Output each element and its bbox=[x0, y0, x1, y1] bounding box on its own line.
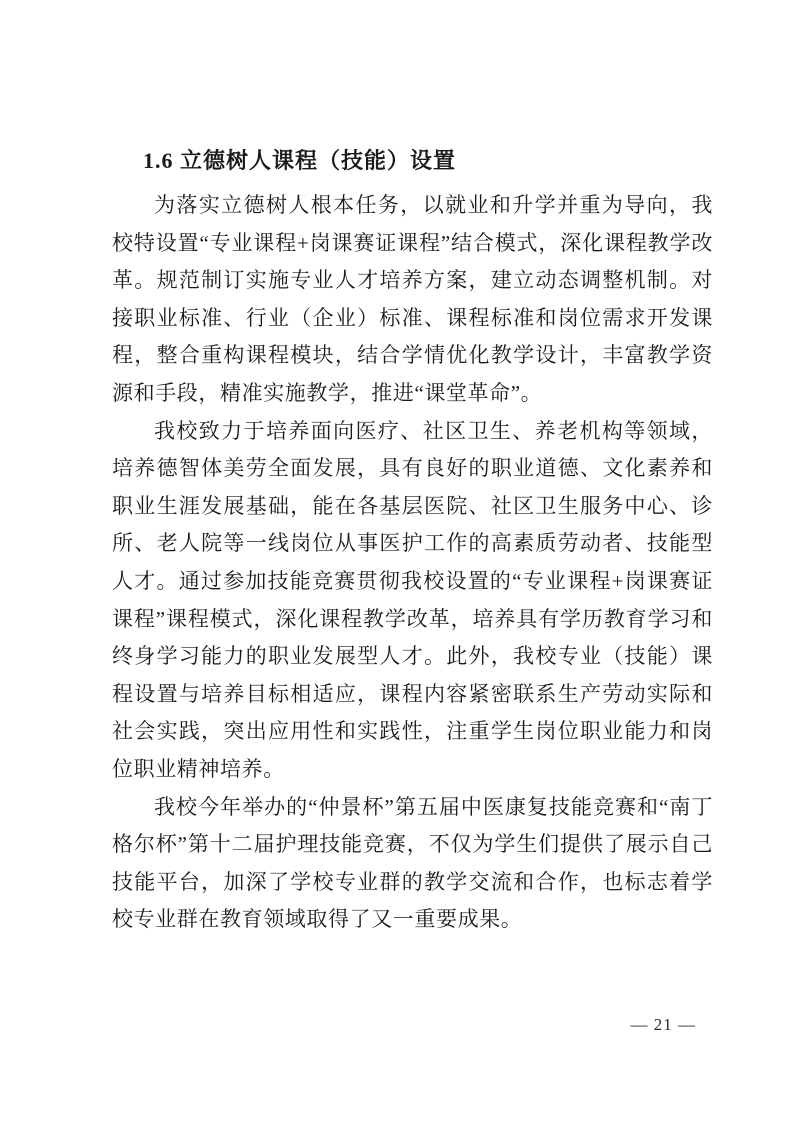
document-page: 1.6 立德树人课程（技能）设置 为落实立德树人根本任务，以就业和升学并重为导向… bbox=[0, 0, 800, 1131]
document-content: 1.6 立德树人课程（技能）设置 为落实立德树人根本任务，以就业和升学并重为导向… bbox=[112, 142, 713, 939]
page-number: — 21 — bbox=[631, 1015, 697, 1034]
paragraph-skill-competitions: 我校今年举办的“仲景杯”第五届中医康复技能竞赛和“南丁格尔杯”第十二届护理技能竞… bbox=[112, 789, 713, 939]
page-footer: — 21 — bbox=[631, 1015, 697, 1035]
paragraph-curriculum-mode: 为落实立德树人根本任务，以就业和升学并重为导向，我校特设置“专业课程+岗课赛证课… bbox=[112, 187, 713, 413]
section-heading: 1.6 立德树人课程（技能）设置 bbox=[112, 142, 713, 180]
paragraph-training-goals: 我校致力于培养面向医疗、社区卫生、养老机构等领域，培养德智体美劳全面发展，具有良… bbox=[112, 413, 713, 789]
